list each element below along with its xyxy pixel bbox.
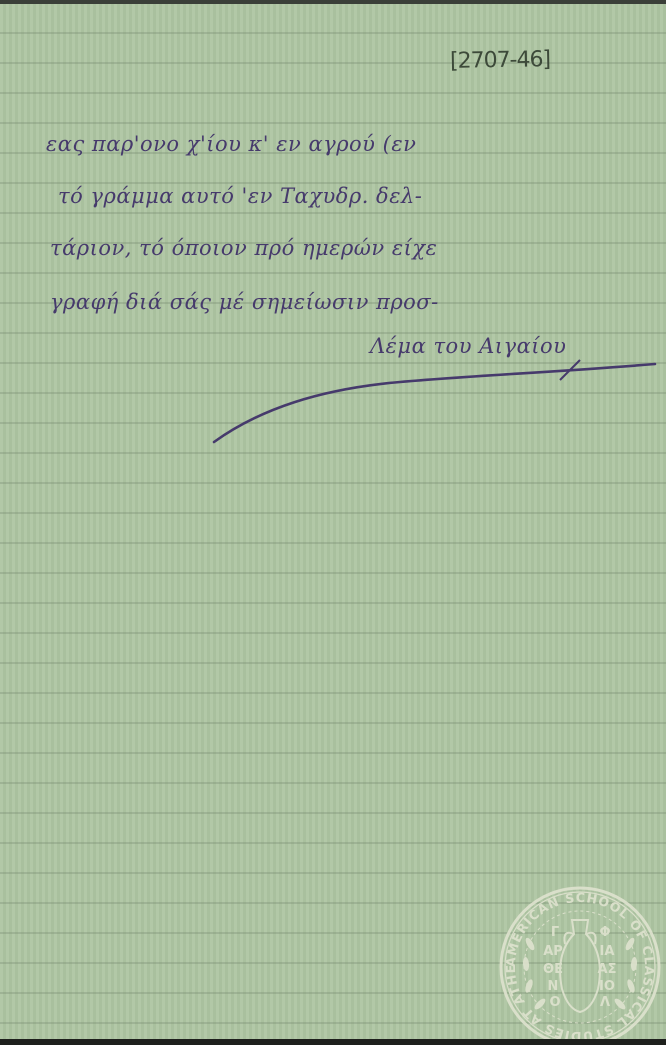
institution-seal-icon: AMERICAN SCHOOL OF CLASSICAL STUDIES AT … xyxy=(0,4,666,1039)
scan-bottom-edge xyxy=(0,1039,666,1045)
svg-text:Ν: Ν xyxy=(548,979,559,994)
svg-text:ΑΣ: ΑΣ xyxy=(598,962,617,977)
svg-text:ΘΕ: ΘΕ xyxy=(543,962,563,977)
svg-text:ΙΑ: ΙΑ xyxy=(600,944,615,959)
svg-text:ΙΟ: ΙΟ xyxy=(599,979,615,994)
svg-text:Γ: Γ xyxy=(551,925,559,940)
svg-text:AMERICAN SCHOOL OF CLASSICAL S: AMERICAN SCHOOL OF CLASSICAL STUDIES AT … xyxy=(0,4,657,1039)
svg-text:Φ: Φ xyxy=(599,925,610,940)
svg-text:Λ: Λ xyxy=(600,995,610,1010)
letter-page: [2707-46] εας παρ'ονο χ'ίου κ' εν αγρού … xyxy=(0,4,666,1039)
svg-text:ΑΡ: ΑΡ xyxy=(543,944,563,959)
svg-text:Ο: Ο xyxy=(549,995,560,1010)
